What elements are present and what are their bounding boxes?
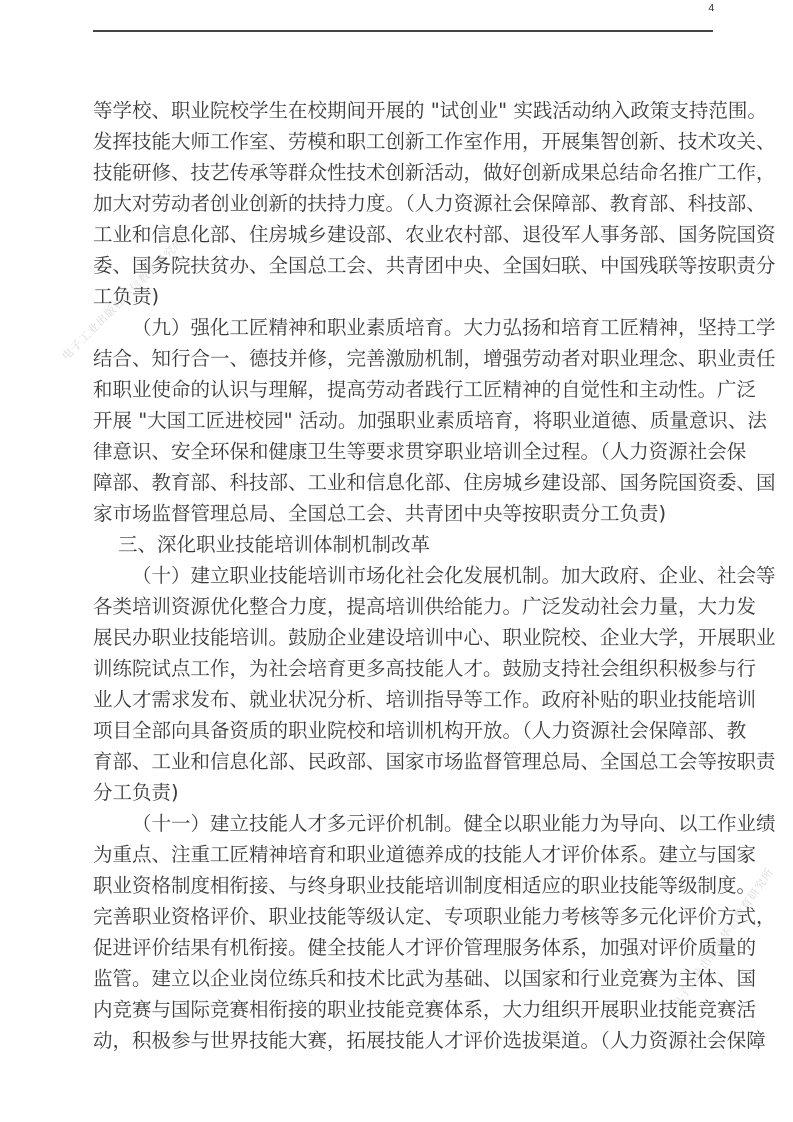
paragraph-line: 工业和信息化部、住房城乡建设部、农业农村部、退役军人事务部、国务院国资 (93, 219, 713, 250)
paragraph-10-heading-line: （十）建立职业技能培训市场化社会化发展机制。加大政府、企业、社会等 (93, 560, 713, 591)
paragraph-line: 项目全部向具备资质的职业院校和培训机构开放。（人力资源社会保障部、教 (93, 715, 713, 746)
paragraph-line: 技能研修、技艺传承等群众性技术创新活动，做好创新成果总结命名推广工作， (93, 157, 713, 188)
paragraph-9-heading-line: （九）强化工匠精神和职业素质培育。大力弘扬和培育工匠精神，坚持工学 (93, 312, 713, 343)
paragraph-line: 发挥技能大师工作室、劳模和职工创新工作室作用，开展集智创新、技术攻关、 (93, 126, 713, 157)
document-body: 等学校、职业院校学生在校期间开展的 "试创业" 实践活动纳入政策支持范围。 发挥… (93, 95, 713, 1056)
paragraph-line: 等学校、职业院校学生在校期间开展的 "试创业" 实践活动纳入政策支持范围。 (93, 95, 713, 126)
paragraph-line: 开展 "大国工匠进校园" 活动。加强职业素质培育，将职业道德、质量意识、法 (93, 405, 713, 436)
paragraph-line-end: 分工负责) (93, 777, 713, 808)
paragraph-line: 和职业使命的认识与理解，提高劳动者践行工匠精神的自觉性和主动性。广泛 (93, 374, 713, 405)
paragraph-line: 结合、知行合一、德技并修，完善激励机制，增强劳动者对职业理念、职业责任 (93, 343, 713, 374)
paragraph-line-end: 家市场监督管理总局、全国总工会、共青团中央等按职责分工负责) (93, 498, 713, 529)
paragraph-line: 动，积极参与世界技能大赛，拓展技能人才评价选拔渠道。（人力资源社会保障 (93, 1025, 713, 1056)
paragraph-line: 业人才需求发布、就业状况分析、培训指导等工作。政府补贴的职业技能培训 (93, 684, 713, 715)
paragraph-line: 职业资格制度相衔接、与终身职业技能培训制度相适应的职业技能等级制度。 (93, 870, 713, 901)
paragraph-line: 内竞赛与国际竞赛相衔接的职业技能竞赛体系，大力组织开展职业技能竞赛活 (93, 994, 713, 1025)
paragraph-line: 加大对劳动者创业创新的扶持力度。（人力资源社会保障部、教育部、科技部、 (93, 188, 713, 219)
page-number: 4 (700, 3, 714, 14)
paragraph-line: 监管。建立以企业岗位练兵和技术比武为基础、以国家和行业竞赛为主体、国 (93, 963, 713, 994)
paragraph-line: 展民办职业技能培训。鼓励企业建设培训中心、职业院校、企业大学，开展职业 (93, 622, 713, 653)
paragraph-line: 完善职业资格评价、职业技能等级认定、专项职业能力考核等多元化评价方式， (93, 901, 713, 932)
paragraph-line: 育部、工业和信息化部、民政部、国家市场监督管理总局、全国总工会等按职责 (93, 746, 713, 777)
paragraph-line: 各类培训资源优化整合力度，提高培训供给能力。广泛发动社会力量，大力发 (93, 591, 713, 622)
header-rule (93, 30, 713, 32)
paragraph-line: 促进评价结果有机衔接。健全技能人才评价管理服务体系，加强对评价质量的 (93, 932, 713, 963)
paragraph-line: 律意识、安全环保和健康卫生等要求贯穿职业培训全过程。（人力资源社会保 (93, 436, 713, 467)
paragraph-11-heading-line: （十一）建立技能人才多元评价机制。健全以职业能力为导向、以工作业绩 (93, 808, 713, 839)
paragraph-line: 为重点、注重工匠精神培育和职业道德养成的技能人才评价体系。建立与国家 (93, 839, 713, 870)
paragraph-line: 训练院试点工作，为社会培育更多高技能人才。鼓励支持社会组织积极参与行 (93, 653, 713, 684)
paragraph-line-end: 工负责) (93, 281, 713, 312)
section-heading: 三、深化职业技能培训体制机制改革 (93, 529, 713, 560)
paragraph-line: 障部、教育部、科技部、工业和信息化部、住房城乡建设部、国务院国资委、国 (93, 467, 713, 498)
paragraph-line: 委、国务院扶贫办、全国总工会、共青团中央、全国妇联、中国残联等按职责分 (93, 250, 713, 281)
